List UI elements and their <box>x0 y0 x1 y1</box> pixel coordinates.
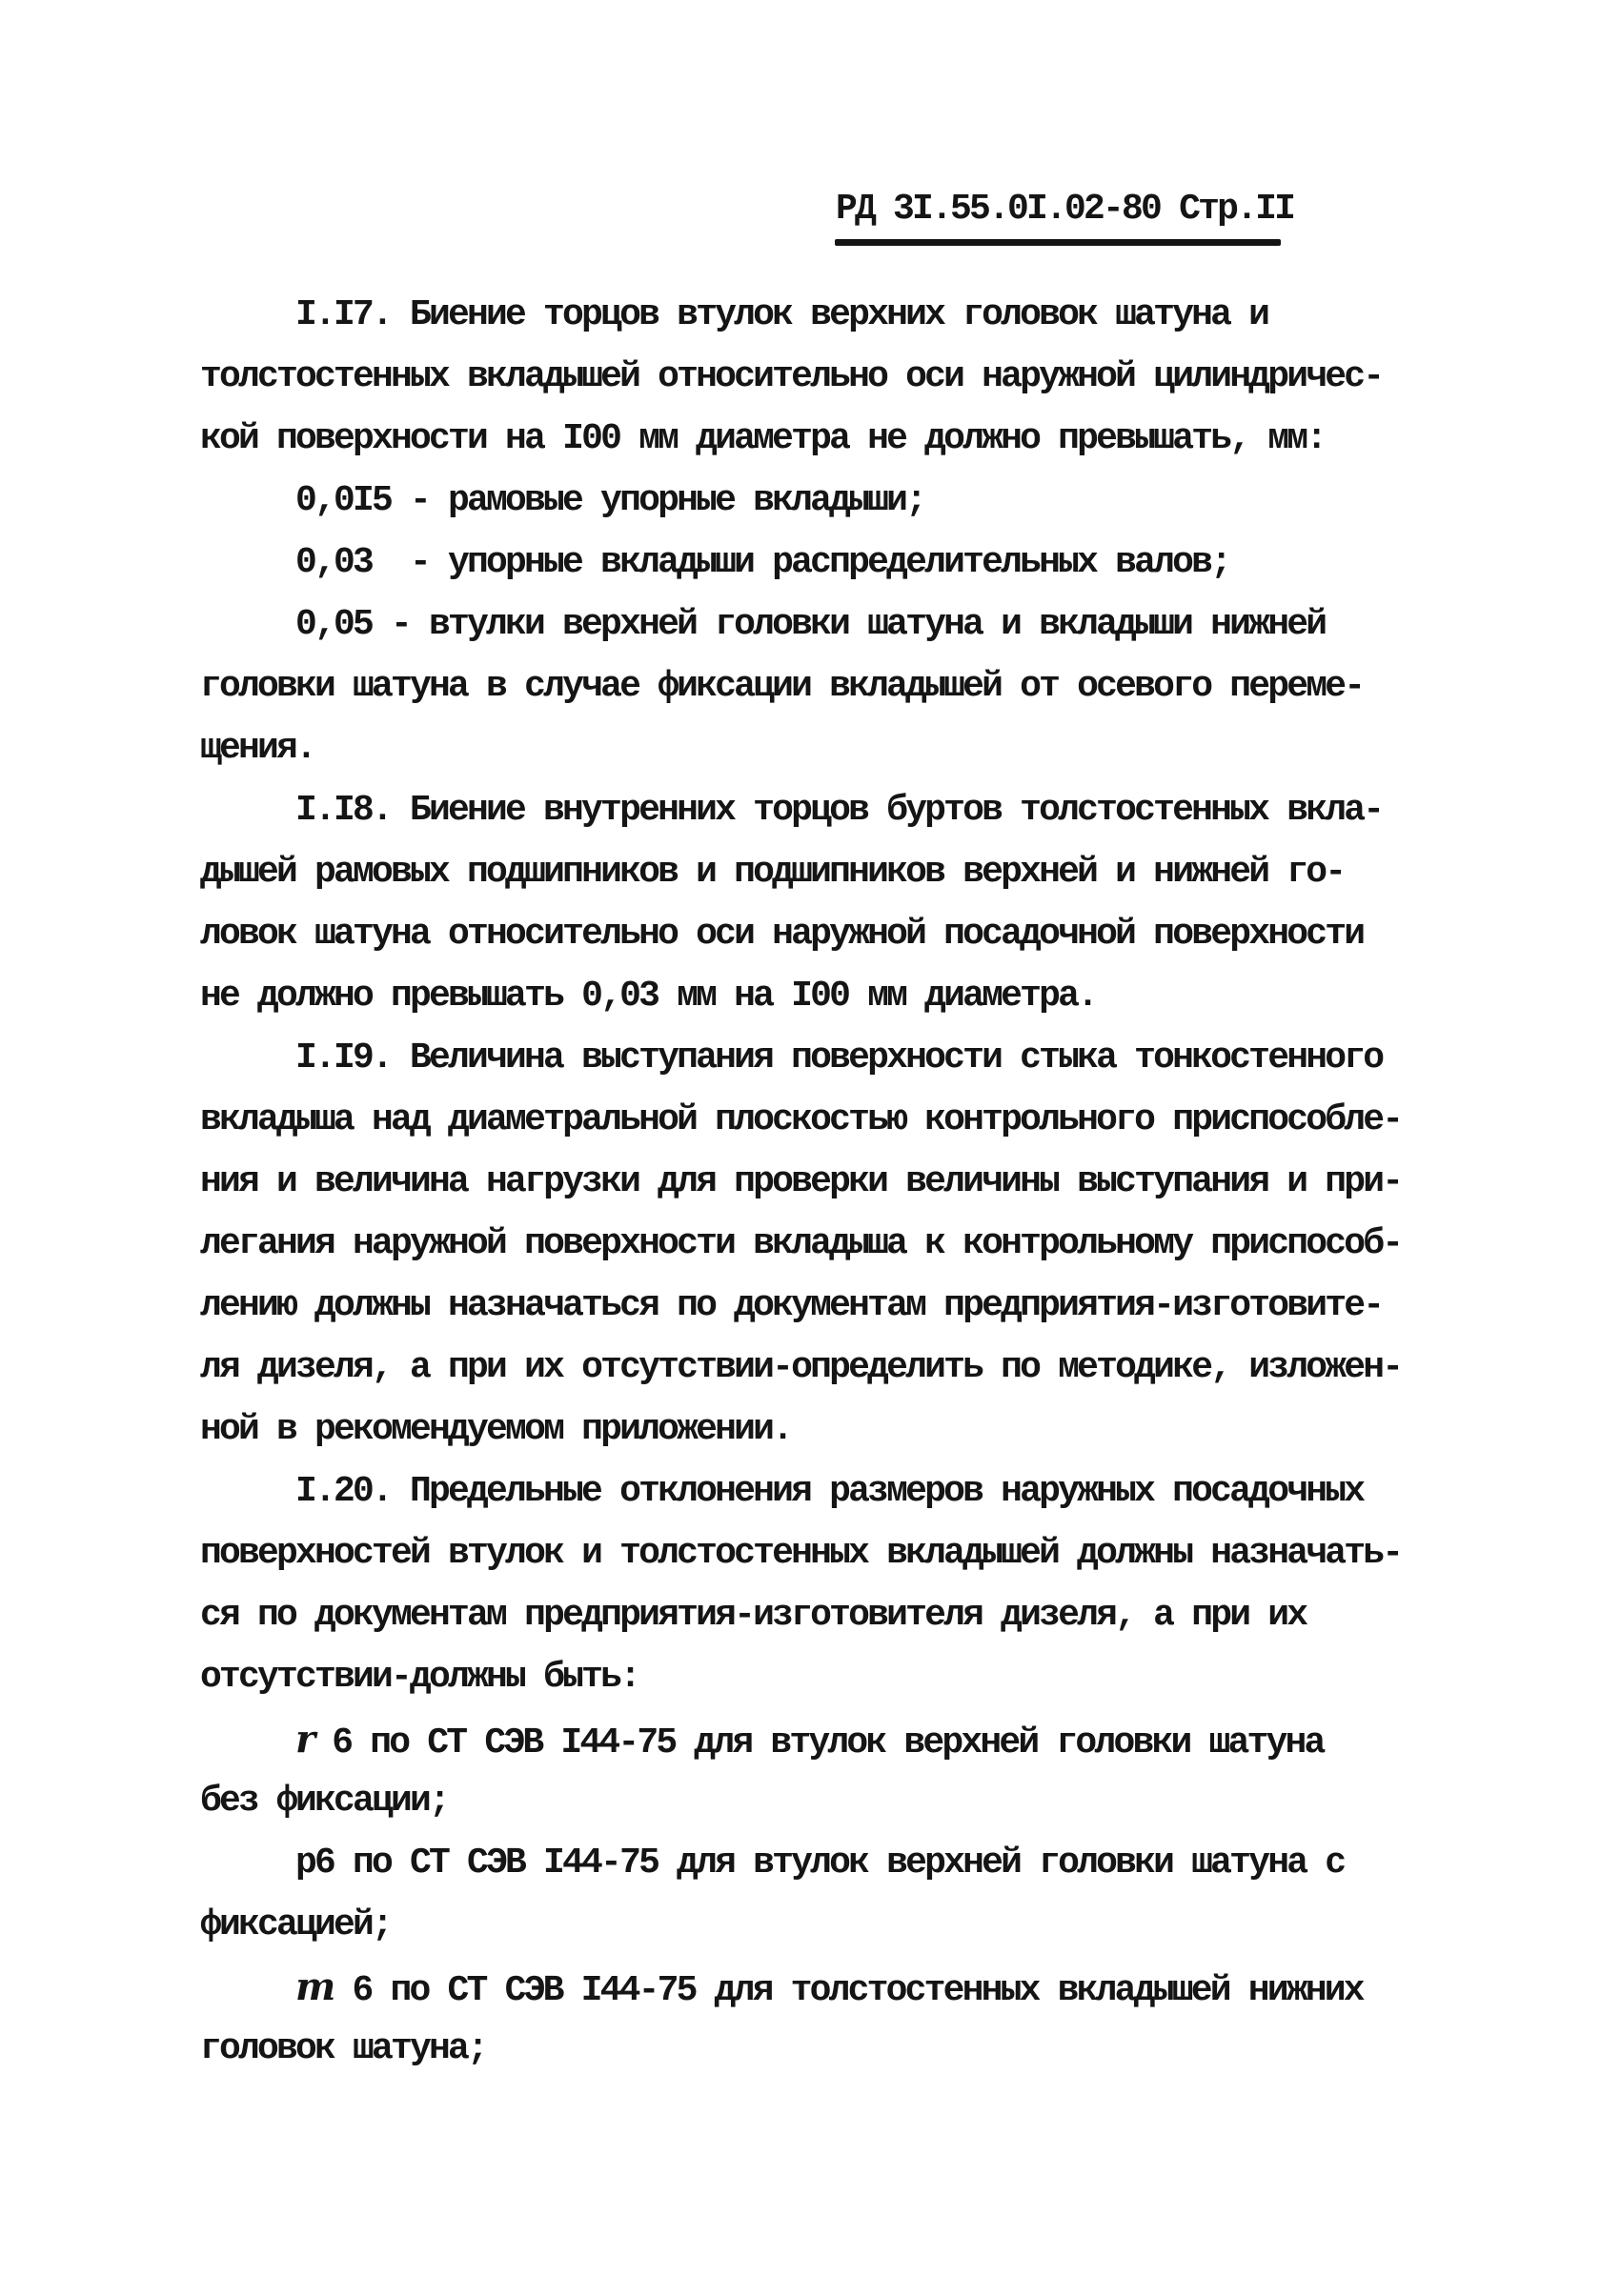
text-line: щения. <box>200 717 1534 779</box>
text-line: головок шатуна; <box>200 2018 1534 2080</box>
text-line: лению должны назначаться по документам п… <box>200 1275 1534 1337</box>
text-line: ной в рекомендуемом приложении. <box>200 1399 1534 1460</box>
text-line: фиксацией; <box>200 1894 1534 1956</box>
text-line: ловок шатуна относительно оси наружной п… <box>200 903 1534 965</box>
text-line: поверхностей втулок и толстостенных вкла… <box>200 1522 1534 1584</box>
text-line: I.20. Предельные отклонения размеров нар… <box>200 1460 1534 1522</box>
text-line: r 6 по СТ СЭВ I44-75 для втулок верхней … <box>200 1708 1534 1770</box>
tolerance-class-letter: r <box>295 1717 313 1762</box>
document-body: I.I7. Биение торцов втулок верхних голов… <box>200 284 1534 2080</box>
text-line: m 6 по СТ СЭВ I44-75 для толстостенных в… <box>200 1956 1534 2018</box>
text-line: I.I7. Биение торцов втулок верхних голов… <box>200 284 1534 346</box>
text-line: I.I8. Биение внутренних торцов буртов то… <box>200 779 1534 841</box>
text-line: легания наружной поверхности вкладыша к … <box>200 1213 1534 1275</box>
document-header: РД 3I.55.0I.02-80 Стр.II <box>836 187 1293 232</box>
text-line: вкладыша над диаметральной плоскостью ко… <box>200 1089 1534 1151</box>
header-underline <box>835 239 1281 246</box>
document-page: РД 3I.55.0I.02-80 Стр.II I.I7. Биение то… <box>0 0 1621 2296</box>
text-line: ния и величина нагрузки для проверки вел… <box>200 1151 1534 1213</box>
text-line: 0,0I5 - рамовые упорные вкладыши; <box>200 470 1534 532</box>
text-line: толстостенных вкладышей относительно оси… <box>200 346 1534 408</box>
text-line: не должно превышать 0,03 мм на I00 мм ди… <box>200 965 1534 1027</box>
text-line: ля дизеля, а при их отсутствии-определит… <box>200 1337 1534 1399</box>
text-line: головки шатуна в случае фиксации вкладыш… <box>200 655 1534 717</box>
text-line: кой поверхности на I00 мм диаметра не до… <box>200 408 1534 470</box>
text-line: 0,05 - втулки верхней головки шатуна и в… <box>200 594 1534 655</box>
text-line: р6 по СТ СЭВ I44-75 для втулок верхней г… <box>200 1832 1534 1894</box>
text-line: ся по документам предприятия-изготовител… <box>200 1584 1534 1646</box>
text-line: 0,03 - упорные вкладыши распределительны… <box>200 532 1534 594</box>
text-line: отсутствии-должны быть: <box>200 1646 1534 1708</box>
tolerance-class-letter: m <box>295 1964 334 2009</box>
text-line: дышей рамовых подшипников и подшипников … <box>200 841 1534 903</box>
text-line: без фиксации; <box>200 1770 1534 1832</box>
text-line: I.I9. Величина выступания поверхности ст… <box>200 1027 1534 1089</box>
